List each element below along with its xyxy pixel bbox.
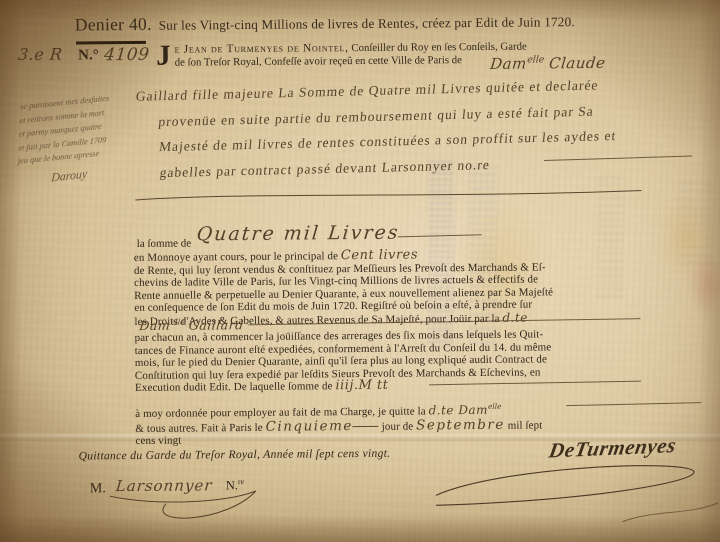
jouir-insert-handwritten: d.te (502, 310, 528, 324)
margin-note: se paroissent mes desfaites et retirons … (18, 88, 150, 169)
issuer-name: e Jean de Turmenyes de Nointel, (175, 42, 349, 56)
dropcap-J: J (156, 44, 171, 68)
quittance-footer-line: Quittance du Garde du Treſor Royal, Anné… (79, 447, 391, 463)
sum-label: la ſomme de (137, 237, 191, 249)
day-handwritten: Cinquieme (265, 418, 352, 435)
denier-label: Denier 40. (75, 14, 152, 36)
principal-value-handwritten: Cent livres (341, 247, 418, 263)
quitte-insert-handwritten: d.te Damelle (429, 403, 502, 418)
pen-separator-line (133, 188, 645, 204)
margin-signature: Darouy (51, 166, 88, 185)
handwritten-block: Gaillard fille majeure La Somme de Quatr… (136, 72, 618, 186)
notary-flourish (106, 489, 286, 529)
body-paragraph-2: par chacun an, à commencer la joüiſſance… (135, 327, 652, 394)
document-title: Sur les Vingt-cinq Millions de livres de… (159, 14, 575, 34)
sum-value-handwritten: Quatre mil Livres (196, 222, 401, 246)
document-photo: Denier 40. Sur les Vingt-cinq Millions d… (0, 0, 720, 542)
number-value: 4109 (103, 45, 150, 65)
opening-line2: de ſon Treſor Royal, Confeſſe avoir reçe… (175, 54, 462, 69)
number-label: N.° (78, 47, 99, 64)
recipient-name-handwritten: Damelle Claude (489, 54, 606, 73)
notary-m-label: M. (90, 481, 106, 497)
registry-mark: 3.e R (17, 45, 63, 64)
body-paragraph-1: en Monnoye ayant cours, pour le principa… (134, 247, 651, 328)
document-header: Denier 40. Sur les Vingt-cinq Millions d… (75, 10, 575, 35)
pen-dash (398, 234, 482, 237)
opening-line1: Conſeiller du Roy en ſes Conſeils, Garde (349, 41, 527, 55)
somme-abbrev-handwritten: iiij.M tt (335, 378, 388, 393)
header-rule (76, 41, 146, 45)
corner-pen-stroke (620, 499, 720, 528)
pen-dash (353, 425, 379, 426)
month-handwritten: Septembre (416, 416, 505, 433)
